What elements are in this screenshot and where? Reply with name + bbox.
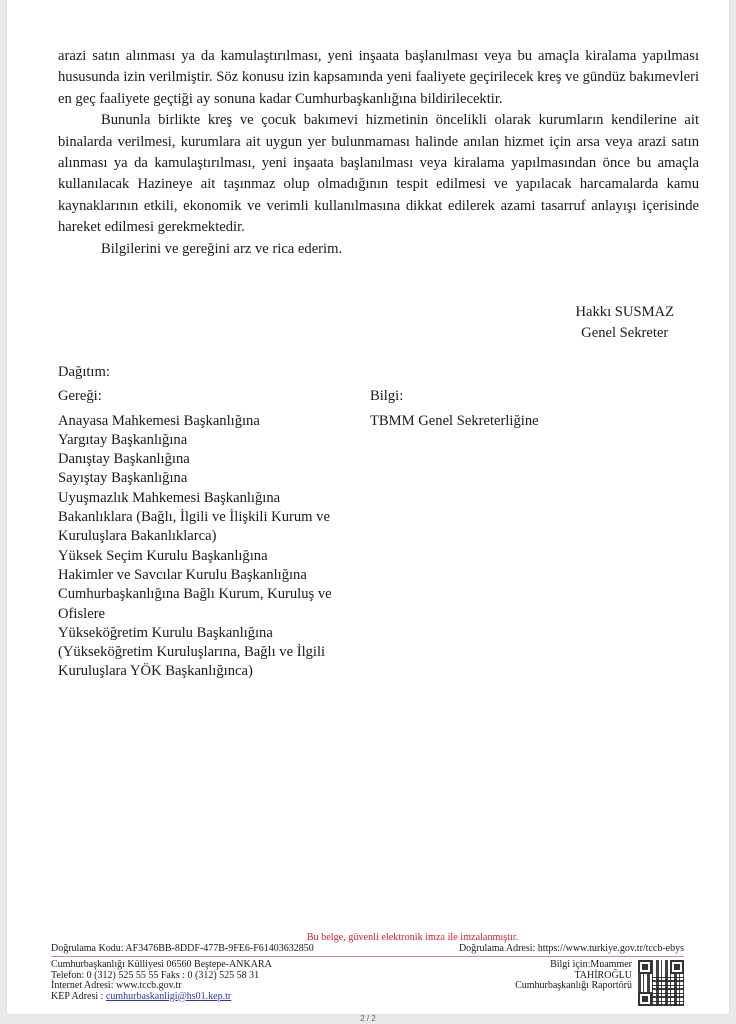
letter-body: arazi satın alınması ya da kamulaştırılm… bbox=[58, 46, 699, 260]
recipient-item: Yüksek Seçim Kurulu Başkanlığına bbox=[58, 547, 370, 566]
recipient-item: Anayasa Mahkemesi Başkanlığına bbox=[58, 412, 370, 431]
recipient-item: Kuruluşlara YÖK Başkanlığınca) bbox=[58, 662, 370, 681]
document-page: arazi satın alınması ya da kamulaştırılm… bbox=[7, 0, 729, 1014]
info-heading: Bilgi: bbox=[370, 387, 690, 406]
contact-line-3: Cumhurbaşkanlığı Raportörü bbox=[515, 981, 632, 992]
recipient-item: Sayıştay Başkanlığına bbox=[58, 469, 370, 488]
recipient-item: Kuruluşlara Bakanlıklarca) bbox=[58, 527, 370, 546]
recipient-item: TBMM Genel Sekreterliğine bbox=[370, 412, 690, 431]
signature-block: Hakkı SUSMAZ Genel Sekreter bbox=[575, 302, 674, 344]
recipient-item: Yargıtay Başkanlığına bbox=[58, 431, 370, 450]
kep-email-link[interactable]: cumhurbaskanligi@hs01.kep.tr bbox=[106, 991, 231, 1002]
body-paragraph-1: arazi satın alınması ya da kamulaştırılm… bbox=[58, 46, 699, 110]
contact-line-1: Bilgi için:Muammer bbox=[515, 960, 632, 971]
recipient-item: Hakimler ve Savcılar Kurulu Başkanlığına bbox=[58, 566, 370, 585]
esignature-notice: Bu belge, güvenli elektronik imza ile im… bbox=[51, 932, 684, 943]
body-paragraph-closing: Bilgilerini ve gereğini arz ve rica eder… bbox=[58, 239, 699, 260]
action-recipient-list: Anayasa Mahkemesi BaşkanlığınaYargıtay B… bbox=[58, 412, 370, 682]
recipient-item: Yükseköğretim Kurulu Başkanlığına bbox=[58, 624, 370, 643]
verification-row: Doğrulama Kodu: AF3476BB-8DDF-477B-9FE6-… bbox=[51, 943, 684, 957]
body-paragraph-2: Bununla birlikte kreş ve çocuk bakımevi … bbox=[58, 110, 699, 238]
document-footer: Bu belge, güvenli elektronik imza ile im… bbox=[51, 932, 684, 1006]
verification-code: Doğrulama Kodu: AF3476BB-8DDF-477B-9FE6-… bbox=[51, 943, 314, 955]
action-heading: Gereği: bbox=[58, 387, 370, 406]
action-recipients: Gereği: Anayasa Mahkemesi BaşkanlığınaYa… bbox=[58, 387, 370, 681]
kep-label: KEP Adresi : bbox=[51, 991, 106, 1002]
recipient-item: Bakanlıklara (Bağlı, İlgili ve İlişkili … bbox=[58, 508, 370, 527]
distribution-label: Dağıtım: bbox=[58, 363, 698, 382]
recipient-item: Cumhurbaşkanlığına Bağlı Kurum, Kuruluş … bbox=[58, 585, 370, 604]
recipient-item: Ofislere bbox=[58, 605, 370, 624]
address-line: Cumhurbaşkanlığı Külliyesi 06560 Beştepe… bbox=[51, 960, 272, 971]
recipient-item: Uyuşmazlık Mahkemesi Başkanlığına bbox=[58, 489, 370, 508]
distribution-section: Dağıtım: Gereği: Anayasa Mahkemesi Başka… bbox=[58, 363, 698, 682]
qr-code-icon bbox=[638, 960, 684, 1006]
info-recipients: Bilgi: TBMM Genel Sekreterliğine bbox=[370, 387, 690, 681]
signatory-title: Genel Sekreter bbox=[575, 323, 674, 344]
page-number: 2 / 2 bbox=[0, 1014, 736, 1023]
verification-address: Doğrulama Adresi: https://www.turkiye.go… bbox=[459, 943, 684, 955]
contact-info: Bilgi için:Muammer TAHİROĞLU Cumhurbaşka… bbox=[515, 960, 684, 1006]
kep-line: KEP Adresi : cumhurbaskanligi@hs01.kep.t… bbox=[51, 992, 272, 1003]
info-recipient-list: TBMM Genel Sekreterliğine bbox=[370, 412, 690, 431]
contact-address: Cumhurbaşkanlığı Külliyesi 06560 Beştepe… bbox=[51, 960, 272, 1006]
recipient-item: Danıştay Başkanlığına bbox=[58, 450, 370, 469]
signatory-name: Hakkı SUSMAZ bbox=[575, 302, 674, 323]
recipient-item: (Yükseköğretim Kuruluşlarına, Bağlı ve İ… bbox=[58, 643, 370, 662]
